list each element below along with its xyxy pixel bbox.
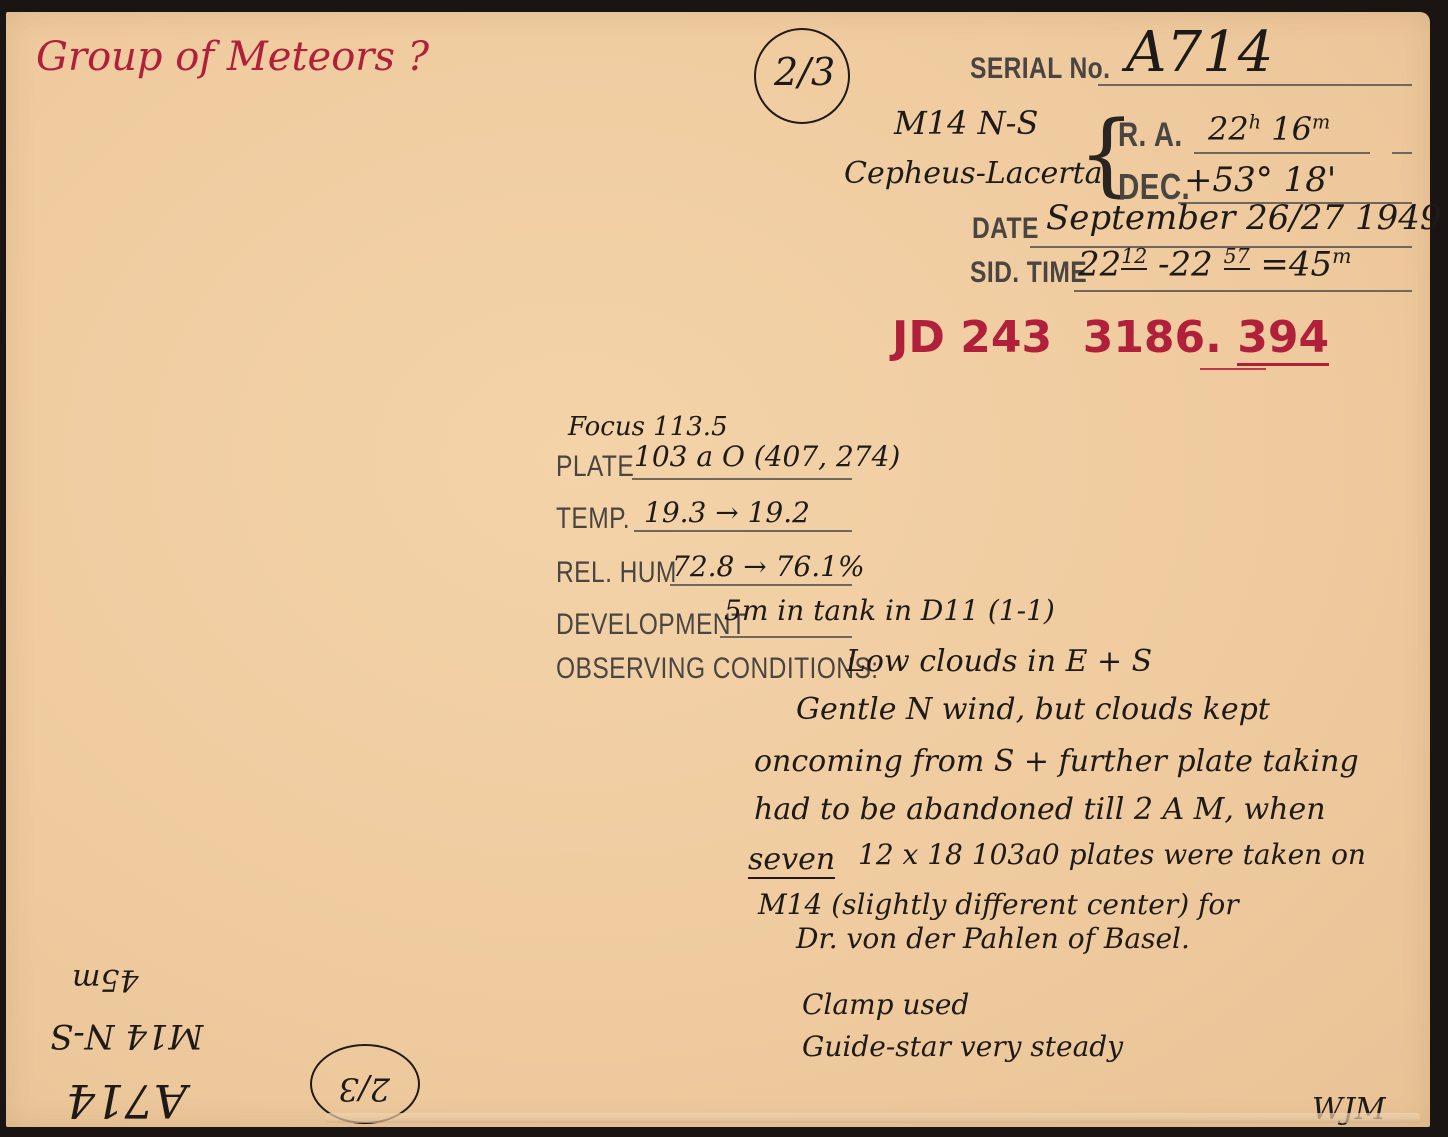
guide-star-note: Guide-star very steady (802, 1030, 1123, 1063)
dec-value: +53° 18' (1184, 160, 1336, 200)
obs-line-7: Dr. von der Pahlen of Basel. (796, 922, 1190, 955)
inverted-plate-count-text: 2/3 (339, 1070, 391, 1108)
jd-suffix: 394 (1237, 312, 1329, 366)
object-region: Cepheus-Lacerta (844, 156, 1103, 191)
obs-line-3: oncoming from S + further plate taking (754, 744, 1359, 779)
development-label: DEVELOPMENT (556, 608, 746, 642)
obs-line-5a: seven (748, 842, 835, 879)
sid-end-min: 57 (1224, 244, 1250, 270)
development-value: 5m in tank in D11 (1-1) (724, 594, 1055, 627)
sid-time-value: 2212 -22 57 =45m (1078, 244, 1351, 284)
sid-start-hour: 22 (1078, 244, 1121, 284)
plate-value: 103 a O (407, 274) (634, 440, 900, 473)
plate-rule (632, 478, 852, 480)
sid-start-min: 12 (1121, 244, 1147, 270)
ra-hours: 22 (1208, 110, 1249, 148)
plate-count-circle: 2/3 (754, 28, 850, 124)
ra-rule (1194, 152, 1370, 154)
sid-end-hour: 22 (1170, 244, 1213, 284)
temp-label: TEMP. (556, 502, 630, 536)
inverted-plate-count-circle: 2/3 (310, 1044, 420, 1124)
envelope-bottom-edge (326, 1113, 1420, 1123)
sid-duration: 45 (1289, 244, 1332, 284)
obs-line-2: Gentle N wind, but clouds kept (796, 692, 1270, 727)
plate-label: PLATE (556, 450, 634, 484)
plate-count-text: 2/3 (774, 50, 835, 94)
inverted-object: M14 N-S (50, 1016, 203, 1056)
sid-time-rule (1074, 290, 1412, 292)
jd-double-underline (1200, 368, 1266, 370)
jd-prefix: JD 243 (892, 312, 1052, 363)
inverted-duration: 45m (72, 962, 139, 997)
development-rule (720, 636, 852, 638)
obs-line-4: had to be abandoned till 2 A M, when (754, 792, 1326, 827)
sid-time-label: SID. TIME (970, 256, 1087, 290)
date-label: DATE (972, 212, 1039, 246)
observing-conditions-label: OBSERVING CONDITIONS: (556, 652, 879, 686)
obs-line-5b: 12 x 18 103a0 plates were taken on (858, 838, 1366, 871)
rel-hum-rule (670, 584, 852, 586)
rel-hum-label: REL. HUM (556, 556, 677, 590)
jd-middle: 3186. (1083, 312, 1222, 363)
ra-label: R. A. (1118, 116, 1183, 155)
ra-value: 22h 16m (1208, 110, 1330, 148)
temp-rule (634, 530, 852, 532)
clamp-note: Clamp used (802, 988, 969, 1021)
serial-label: SERIAL No. (970, 52, 1110, 86)
serial-rule (1098, 84, 1412, 86)
plate-envelope: Group of Meteors ? 2/3 SERIAL No. A714 M… (6, 12, 1430, 1127)
julian-date: JD 243 3186. 394 (892, 312, 1329, 363)
ra-rule-end (1392, 152, 1412, 154)
object-name: M14 N-S (894, 104, 1038, 142)
date-value: September 26/27 1949 (1046, 198, 1441, 238)
header-note: Group of Meteors ? (36, 34, 429, 80)
focus-note: Focus 113.5 (568, 412, 728, 442)
temp-value: 19.3 → 19.2 (644, 496, 810, 529)
obs-line-6: M14 (slightly different center) for (758, 888, 1239, 921)
serial-value: A714 (1126, 20, 1273, 85)
inverted-serial: A714 (66, 1074, 187, 1128)
rel-hum-value: 72.8 → 76.1% (672, 550, 865, 583)
obs-line-1: Low clouds in E + S (846, 644, 1152, 679)
